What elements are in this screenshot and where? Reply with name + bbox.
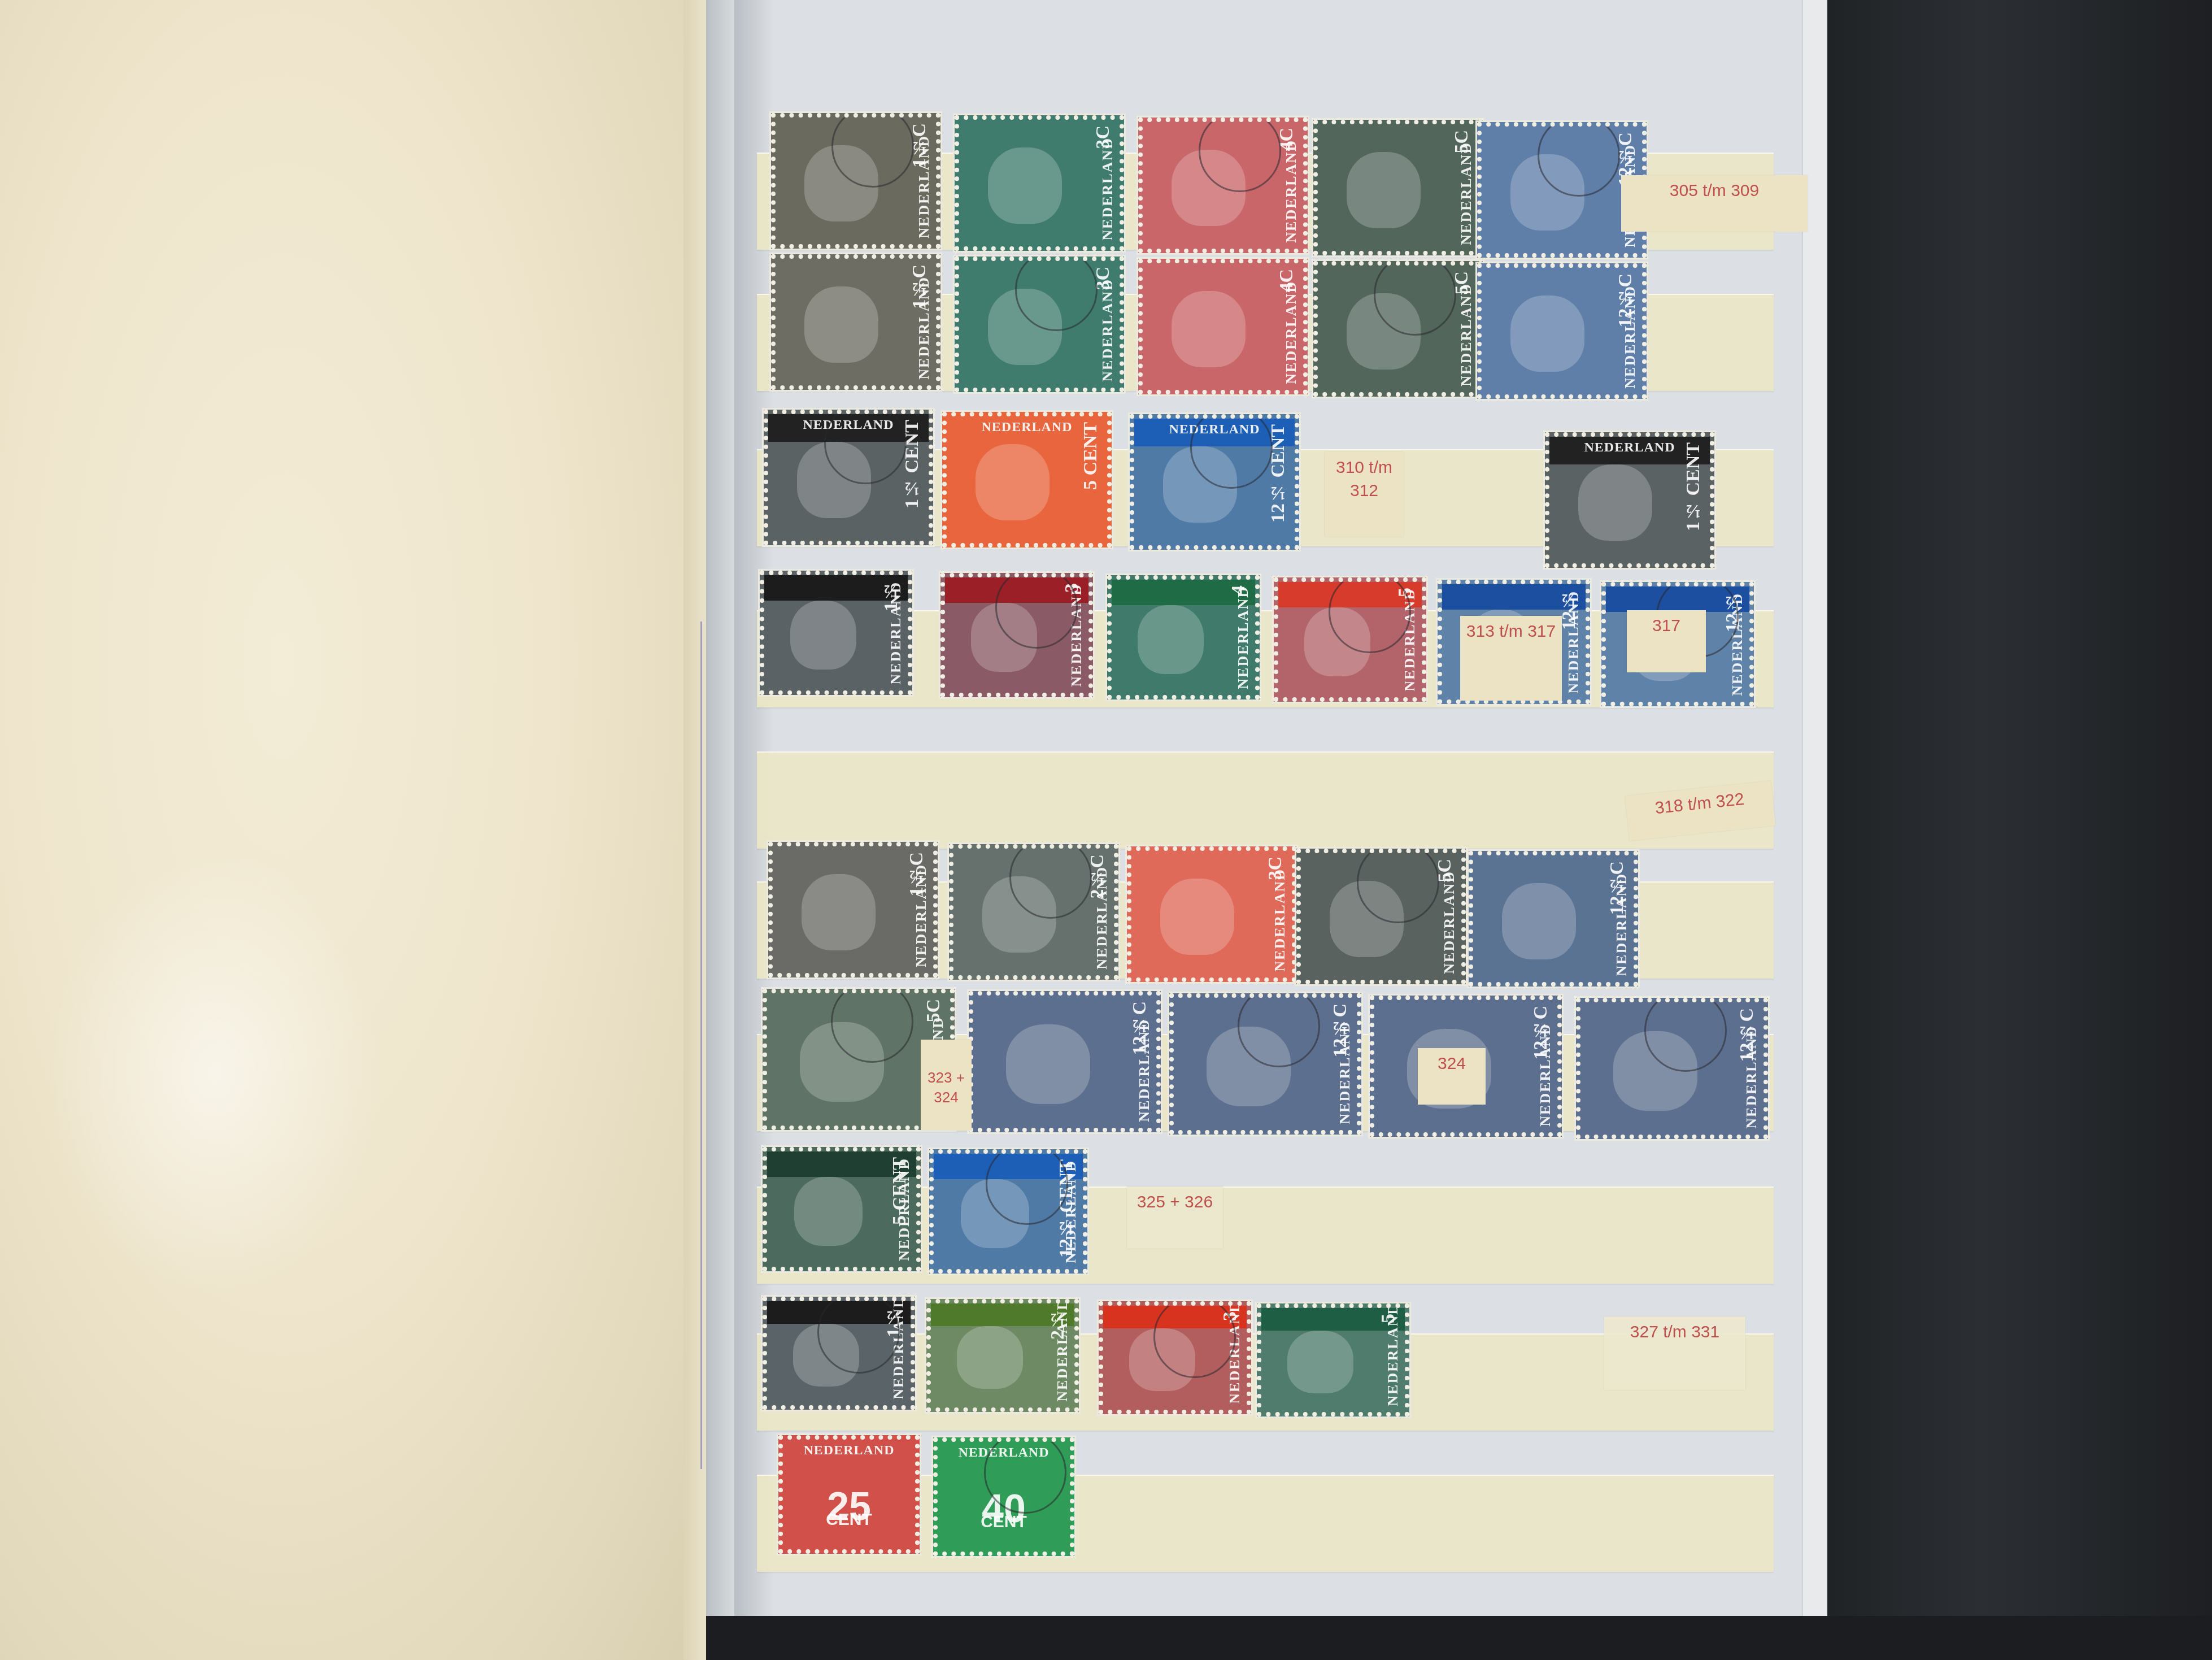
stamp-country: NEDERLAND (1099, 137, 1116, 241)
stamp-portrait (1172, 291, 1246, 367)
stamp-country: NEDERLAND (1283, 281, 1300, 384)
stamp[interactable]: NEDERLAND40CENT (933, 1437, 1074, 1556)
stamp[interactable]: NEDERLAND25CENT (778, 1435, 920, 1554)
stamp-denomination: 5 (1378, 1314, 1399, 1323)
stamp-portrait (1578, 464, 1652, 540)
stamp-portrait (957, 1326, 1023, 1388)
stamp-portrait (802, 874, 876, 950)
stamp[interactable]: NEDERLAND12½C (969, 991, 1161, 1132)
stamp-country: NEDERLAND (1458, 142, 1475, 245)
stamp-portrait (804, 286, 878, 362)
stamp-denomination: 3C (1265, 857, 1286, 880)
stamp-portrait (790, 601, 856, 670)
stamp-country: NEDERLAND (1272, 868, 1288, 972)
stamp-denomination: 3 (1220, 1311, 1241, 1321)
stamp[interactable]: NEDERLAND1½C (768, 842, 938, 977)
stamp-portrait (1138, 605, 1204, 674)
stamp-portrait (1129, 1328, 1195, 1390)
stamp[interactable]: NEDERLAND2½C (949, 844, 1118, 980)
stamp-denomination: 3C (1092, 267, 1114, 290)
stock-strip (757, 751, 1774, 849)
stamp[interactable]: NEDERLAND5 CENT (942, 412, 1112, 547)
stamp-portrait (982, 876, 1056, 952)
catalog-number-note: 323 + 324 (921, 1040, 972, 1130)
stamp[interactable]: NEDERLAND1½ (760, 571, 912, 695)
catalog-number-note: 313 t/m 317 (1460, 616, 1562, 701)
left-page-edge (683, 0, 706, 1660)
stamp-country: NEDERLAND (1068, 584, 1085, 687)
stamp[interactable]: NEDERLAND5C (1313, 120, 1483, 255)
stamp-country: NEDERLAND (1458, 283, 1475, 386)
stamp-country: NEDERLAND (1099, 279, 1116, 382)
stamp[interactable]: NEDERLAND5C (1313, 261, 1483, 397)
right-page-edge (1802, 0, 1828, 1660)
stamp-denomination: 5 CENT (889, 1157, 911, 1225)
stamp-portrait (961, 1179, 1029, 1248)
stamp[interactable]: NEDERLAND12½ CENT (1130, 414, 1299, 550)
stamp-country: NEDERLAND (1401, 588, 1418, 692)
stamp[interactable]: NEDERLAND12½ CENT (929, 1149, 1087, 1274)
stamp-denomination: 1½ (883, 1307, 905, 1337)
stamp-portrait (1613, 1031, 1697, 1110)
stamp-country: NEDERLAND (783, 1443, 915, 1458)
catalog-number-note: 325 + 326 (1127, 1187, 1223, 1249)
stamp-denomination: 5 CENT (1080, 422, 1101, 490)
stamp[interactable]: NEDERLAND4 (1107, 575, 1260, 699)
stamp[interactable]: NEDERLAND5 (1257, 1303, 1409, 1416)
stamp-denomination: 1½C (906, 852, 928, 897)
stamp-portrait (1347, 293, 1421, 369)
stamp-denomination: 4C (1276, 128, 1297, 151)
stamp-portrait (1207, 1027, 1291, 1106)
catalog-number-note: 327 t/m 331 (1604, 1316, 1745, 1390)
stamp[interactable]: NEDERLAND1½C (771, 254, 940, 390)
stamp-country: NEDERLAND (1283, 140, 1300, 243)
catalog-number-note: 310 t/m 312 (1325, 452, 1404, 537)
stamp-denomination: 1½ (881, 581, 902, 611)
stamp[interactable]: NEDERLAND5C (1296, 849, 1466, 984)
stamp[interactable]: NEDERLAND5 (1274, 577, 1426, 702)
stamp-portrait (988, 289, 1062, 364)
stamp-portrait (988, 147, 1062, 223)
stamp-denomination: 3 (1061, 583, 1083, 593)
stamp-portrait (1304, 607, 1370, 676)
stamp-denomination: 12½ CENT (1268, 424, 1289, 523)
stamp-portrait (793, 1324, 859, 1386)
stamp[interactable]: NEDERLAND2½ (926, 1299, 1079, 1412)
stamp-portrait (804, 145, 878, 221)
stamp-portrait (1510, 296, 1584, 371)
stamp-portrait (1347, 152, 1421, 228)
stamp-portrait (794, 1177, 863, 1246)
stamp-portrait (1502, 883, 1576, 959)
stamp-denomination: 12½C (1615, 273, 1636, 328)
stamp[interactable]: NEDERLAND1½ CENT (1545, 432, 1714, 568)
stamp-denomination: 3C (1092, 125, 1114, 149)
stamp-country: NEDERLAND (1441, 871, 1458, 974)
stamp-denomination: 5C (923, 999, 944, 1023)
stamp[interactable]: NEDERLAND3 (1099, 1301, 1251, 1414)
left-album-page (0, 0, 706, 1660)
stamp[interactable]: NEDERLAND4C (1138, 118, 1308, 253)
stamp-denomination: 2½C (1087, 854, 1108, 899)
stamp[interactable]: NEDERLAND1½C (771, 113, 940, 249)
stamp-portrait (1163, 446, 1237, 522)
stamp-denomination: 5C (1451, 130, 1473, 154)
stamp[interactable]: NEDERLAND12½C (1169, 993, 1361, 1135)
stamp-portrait (1006, 1024, 1090, 1103)
stamp-denomination: 12½ (1722, 592, 1744, 632)
stamp-country: NEDERLAND (1235, 586, 1252, 689)
stamp[interactable]: NEDERLAND1½ CENT (764, 410, 933, 545)
stamp-country: NEDERLAND (938, 1445, 1070, 1461)
stamp-denomination: 12½C (1129, 1001, 1151, 1055)
stamp[interactable]: NEDERLAND3C (1127, 846, 1296, 982)
stamp[interactable]: NEDERLAND12½C (1477, 263, 1647, 399)
stamp-denomination: 2½ (1047, 1309, 1069, 1340)
stamp-denomination: 5C (1451, 271, 1473, 295)
stamp-denomination: 1½ CENT (902, 420, 923, 509)
stamp-portrait (800, 1022, 884, 1101)
stamp[interactable]: NEDERLAND1½ (763, 1297, 915, 1410)
spine-pen-line (700, 622, 702, 1469)
bottom-background (706, 1616, 2212, 1660)
stamp[interactable]: NEDERLAND12½C (1469, 851, 1638, 987)
stamp-denomination: 12½ CENT (1056, 1159, 1077, 1258)
stamp-denomination: 1½C (909, 123, 930, 168)
stamp-denomination: 5C (1434, 859, 1456, 883)
stamp-portrait (1510, 154, 1584, 230)
stamp[interactable]: NEDERLAND12½C (1576, 998, 1768, 1139)
stamp-unit: CENT (938, 1513, 1070, 1532)
stamp-portrait (1172, 150, 1246, 225)
stamp-unit: CENT (783, 1510, 915, 1529)
page-glare (45, 848, 384, 1300)
stamp-denomination: 5 (1395, 588, 1416, 597)
catalog-number-note: 324 (1418, 1048, 1486, 1105)
stamp[interactable]: NEDERLAND4C (1138, 259, 1308, 394)
stamp-denomination: 12½C (1530, 1006, 1552, 1060)
stamp-denomination: 4 (1228, 585, 1249, 595)
stamp-denomination: 12½C (1736, 1008, 1758, 1062)
stamp-portrait (1287, 1331, 1353, 1393)
stamp-denomination: 1½ CENT (1683, 442, 1704, 531)
table-background (1827, 0, 2212, 1660)
stamp[interactable]: NEDERLAND3 (940, 573, 1093, 697)
catalog-number-note: 317 (1627, 610, 1706, 672)
stamp-portrait (976, 444, 1050, 520)
stamp-denomination: 12½C (1606, 861, 1628, 915)
stamp-denomination: 1½C (909, 264, 930, 309)
stamp-portrait (797, 442, 871, 518)
stamp-denomination: 12½C (1330, 1003, 1351, 1058)
stamp-portrait (1330, 881, 1404, 957)
stamp-portrait (971, 603, 1037, 672)
stamp-portrait (1160, 879, 1234, 954)
stamp[interactable]: NEDERLAND3C (955, 257, 1124, 392)
stamp-denomination: 4C (1276, 269, 1297, 293)
stamp[interactable]: NEDERLAND5 CENT (763, 1147, 921, 1271)
catalog-number-note: 305 t/m 309 (1621, 175, 1808, 232)
stamp[interactable]: NEDERLAND3C (955, 115, 1124, 251)
